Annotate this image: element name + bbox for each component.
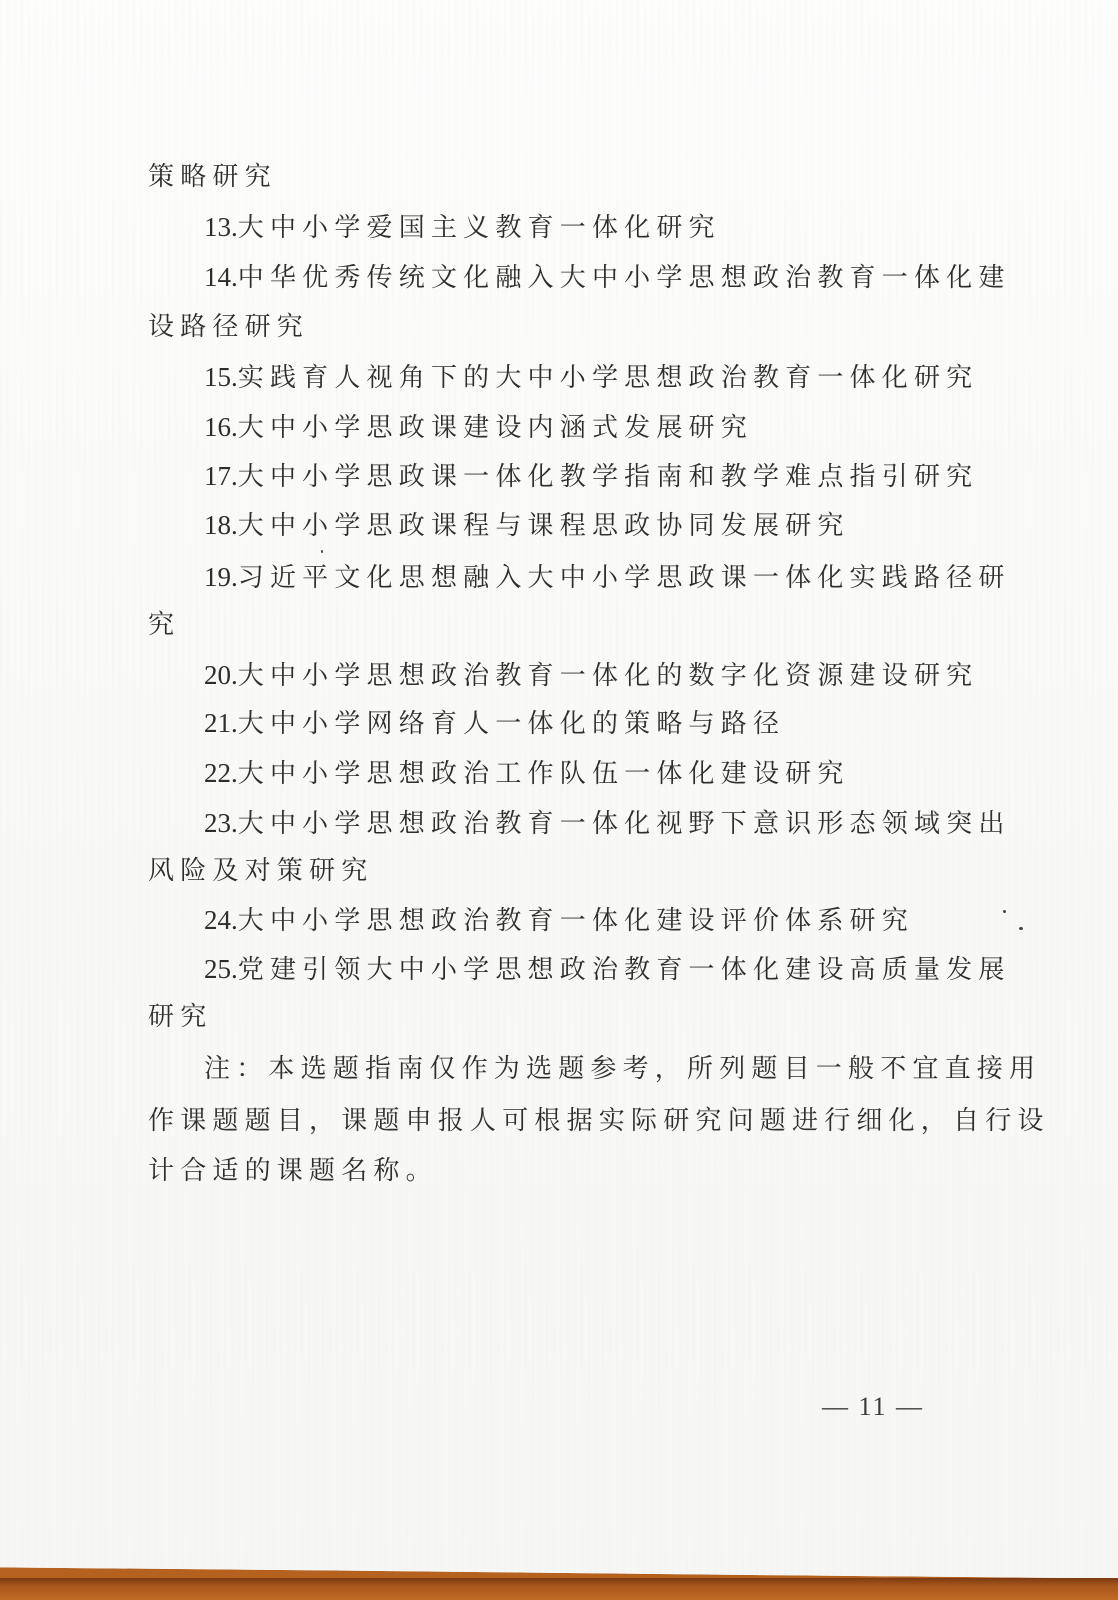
- item-text: 大中小学思想政治工作队伍一体化建设研究: [238, 759, 850, 789]
- item-number: 19.: [204, 562, 238, 592]
- list-item-23: 23.大中小学思想政治教育一体化视野下意识形态领域突出: [204, 806, 1011, 841]
- table-surface: [0, 1578, 1118, 1600]
- document-page: 策略研究 13.大中小学爱国主义教育一体化研究 14.中华优秀传统文化融入大中小…: [0, 0, 1118, 1588]
- continuation-line: 风险及对策研究: [148, 854, 373, 888]
- item-number: 16.: [204, 412, 238, 442]
- list-item-20: 20.大中小学思想政治教育一体化的数字化资源建设研究: [204, 658, 978, 693]
- list-item-15: 15.实践育人视角下的大中小学思想政治教育一体化研究: [204, 360, 978, 395]
- line-text: 风险及对策研究: [148, 856, 373, 886]
- item-number: 13.: [204, 212, 238, 242]
- item-text: 党建引领大中小学思想政治教育一体化建设高质量发展: [238, 955, 1011, 985]
- item-text: 习近平文化思想融入大中小学思政课一体化实践路径研: [238, 563, 1011, 593]
- list-item-17: 17.大中小学思政课一体化教学指南和教学难点指引研究: [204, 459, 978, 494]
- item-number: 21.: [204, 708, 238, 738]
- list-item-13: 13.大中小学爱国主义教育一体化研究: [204, 210, 721, 245]
- note-text: 计合适的课题名称。: [148, 1156, 438, 1186]
- item-number: 18.: [204, 510, 238, 540]
- paper-speck: [1003, 910, 1006, 913]
- item-number: 14.: [204, 262, 238, 292]
- line-text: 设路径研究: [148, 312, 309, 342]
- item-number: 15.: [204, 362, 238, 392]
- item-text: 大中小学网络育人一体化的策略与路径: [238, 709, 785, 739]
- continuation-line: 设路径研究: [148, 310, 309, 344]
- list-item-18: 18.大中小学思政课程与课程思政协同发展研究: [204, 508, 850, 543]
- item-text: 大中小学思想政治教育一体化建设评价体系研究: [238, 906, 914, 936]
- line-text: 究: [148, 610, 180, 640]
- item-number: 23.: [204, 808, 238, 838]
- line-text: 策略研究: [148, 162, 277, 192]
- item-number: 25.: [204, 954, 238, 984]
- note-text: 作课题题目，课题申报人可根据实际研究问题进行细化，自行设: [148, 1106, 1050, 1136]
- item-text: 大中小学思政课建设内涵式发展研究: [238, 413, 753, 443]
- item-text: 大中小学思政课程与课程思政协同发展研究: [238, 511, 850, 541]
- item-text: 实践育人视角下的大中小学思想政治教育一体化研究: [238, 363, 979, 393]
- line-text: 研究: [148, 1002, 212, 1032]
- paper-speck: [321, 550, 323, 553]
- note-continuation: 作课题题目，课题申报人可根据实际研究问题进行细化，自行设: [148, 1104, 1050, 1138]
- page-number: — 11 —: [822, 1392, 924, 1422]
- item-number: 20.: [204, 660, 238, 690]
- item-text: 中华优秀传统文化融入大中小学思想政治教育一体化建: [238, 263, 1011, 293]
- list-item-16: 16.大中小学思政课建设内涵式发展研究: [204, 410, 753, 445]
- list-item-21: 21.大中小学网络育人一体化的策略与路径: [204, 706, 785, 741]
- paper-speck: [1019, 927, 1023, 930]
- continuation-line: 研究: [148, 1000, 212, 1034]
- list-item-24: 24.大中小学思想政治教育一体化建设评价体系研究: [204, 903, 914, 938]
- item-number: 22.: [204, 758, 238, 788]
- list-item-14: 14.中华优秀传统文化融入大中小学思想政治教育一体化建: [204, 260, 1011, 295]
- list-item-22: 22.大中小学思想政治工作队伍一体化建设研究: [204, 756, 850, 791]
- item-text: 大中小学思政课一体化教学指南和教学难点指引研究: [238, 462, 979, 492]
- note-paragraph: 注：本选题指南仅作为选题参考，所列题目一般不宜直接用: [204, 1052, 1041, 1086]
- note-text: 注：本选题指南仅作为选题参考，所列题目一般不宜直接用: [204, 1054, 1041, 1084]
- continuation-line: 策略研究: [148, 160, 277, 194]
- item-text: 大中小学思想政治教育一体化的数字化资源建设研究: [238, 661, 979, 691]
- continuation-line: 究: [148, 608, 180, 642]
- item-text: 大中小学思想政治教育一体化视野下意识形态领域突出: [238, 809, 1011, 839]
- list-item-25: 25.党建引领大中小学思想政治教育一体化建设高质量发展: [204, 952, 1011, 987]
- item-number: 17.: [204, 461, 238, 491]
- item-number: 24.: [204, 905, 238, 935]
- list-item-19: 19.习近平文化思想融入大中小学思政课一体化实践路径研: [204, 560, 1011, 595]
- note-continuation: 计合适的课题名称。: [148, 1154, 438, 1188]
- item-text: 大中小学爱国主义教育一体化研究: [238, 213, 721, 243]
